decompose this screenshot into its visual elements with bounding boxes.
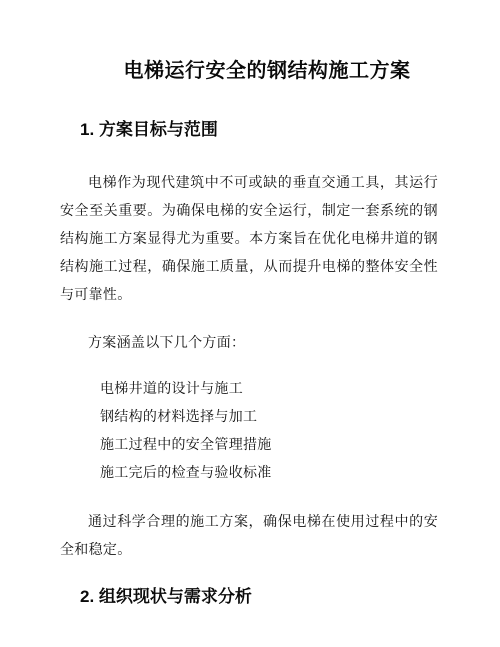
section-1-paragraph-2: 通过科学合理的施工方案，确保电梯在使用过程中的安全和稳定。 [60,509,438,565]
section-2-heading: 2. 组织现状与需求分析 [80,585,438,609]
section-1-paragraph-1: 电梯作为现代建筑中不可或缺的垂直交通工具，其运行安全至关重要。为确保电梯的安全运… [60,170,438,310]
scope-list-item: 施工过程中的安全管理措施 [100,432,438,460]
scope-list-item: 钢结构的材料选择与加工 [100,404,438,432]
document-title: 电梯运行安全的钢结构施工方案 [60,56,438,86]
scope-list: 电梯井道的设计与施工 钢结构的材料选择与加工 施工过程中的安全管理措施 施工完后… [60,376,438,488]
scope-list-item: 施工完后的检查与验收标准 [100,460,438,488]
document-page: 电梯运行安全的钢结构施工方案 1. 方案目标与范围 电梯作为现代建筑中不可或缺的… [0,0,500,647]
scope-list-item: 电梯井道的设计与施工 [100,376,438,404]
section-1-list-intro: 方案涵盖以下几个方面： [60,330,438,358]
section-1-heading: 1. 方案目标与范围 [80,118,438,142]
